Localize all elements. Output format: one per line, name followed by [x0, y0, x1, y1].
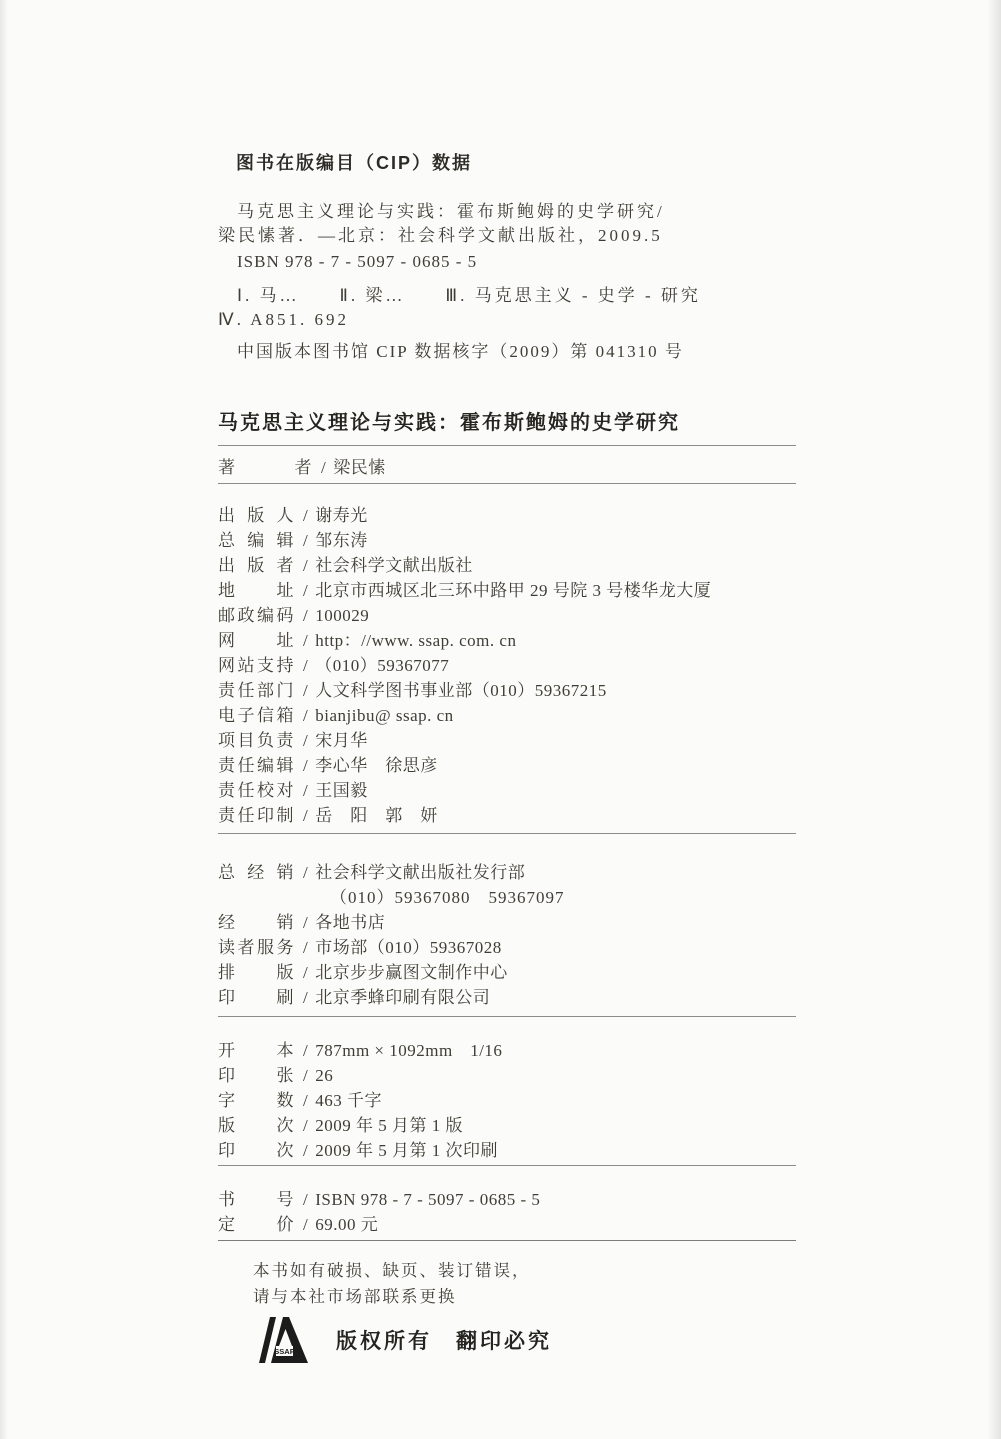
row-separator: / [303, 963, 308, 982]
row-value: 北京步步赢图文制作中心 [315, 963, 508, 982]
row-separator: / [303, 1091, 308, 1110]
isbn-price-section: 书号/ISBN 978 - 7 - 5097 - 0685 - 5 定价/69.… [218, 1187, 796, 1241]
row-label: 定价 [218, 1212, 294, 1237]
row-separator: / [303, 1116, 308, 1135]
row-separator: / [303, 1141, 308, 1160]
ssap-logo-text: SSAP [274, 1347, 294, 1356]
row-value: （010）59367077 [315, 656, 449, 675]
copyright-row: SSAP 版权所有 翻印必究 [258, 1317, 796, 1363]
row-label: 地址 [218, 578, 294, 603]
cip-record-number: 中国版本图书馆 CIP 数据核字（2009）第 041310 号 [218, 340, 796, 364]
damage-notice-line2: 请与本社市场部联系更换 [253, 1284, 796, 1310]
row-value: 100029 [315, 606, 369, 625]
copyright-page: 图书在版编目（CIP）数据 马克思主义理论与实践：霍布斯鲍姆的史学研究/ 梁民愫… [0, 0, 1001, 1439]
row-value: 26 [315, 1066, 333, 1085]
row-separator: / [303, 863, 308, 882]
row-label: 项目负责 [218, 728, 294, 753]
author-block: 著者/梁民愫 [218, 455, 796, 484]
row-value: 人文科学图书事业部（010）59367215 [315, 681, 607, 700]
info-row-editor: 责任编辑/李心华 徐思彦 [218, 753, 796, 778]
row-value: 787mm × 1092mm 1/16 [315, 1041, 502, 1060]
author-value: 梁民愫 [333, 458, 386, 477]
row-value: 李心华 徐思彦 [315, 756, 438, 775]
row-label: 电子信箱 [218, 703, 294, 728]
info-row-edition: 版次/2009 年 5 月第 1 版 [218, 1113, 796, 1138]
info-row-project-lead: 项目负责/宋月华 [218, 728, 796, 753]
row-label: 责任印制 [218, 803, 294, 828]
copyright-notice: 版权所有 翻印必究 [336, 1325, 552, 1355]
row-label: 责任编辑 [218, 753, 294, 778]
row-label: 印次 [218, 1138, 294, 1163]
row-separator: / [303, 938, 308, 957]
row-value: 463 千字 [315, 1091, 382, 1110]
row-label: 出版者 [218, 553, 294, 578]
cip-description-line2: 梁民愫著．—北京：社会科学文献出版社，2009.5 [218, 224, 796, 248]
row-value: 宋月华 [315, 731, 368, 750]
info-row-printing: 印刷/北京季蜂印刷有限公司 [218, 985, 796, 1010]
info-row-sheet-size: 开本/787mm × 1092mm 1/16 [218, 1038, 796, 1063]
row-separator: / [303, 706, 308, 725]
row-separator: / [303, 1041, 308, 1060]
info-row-proofreader: 责任校对/王国毅 [218, 778, 796, 803]
row-value: 岳 阳 郭 妍 [315, 806, 438, 825]
row-value: 69.00 元 [315, 1215, 378, 1234]
info-row-website: 网址/http：//www. ssap. com. cn [218, 628, 796, 653]
title-block: 马克思主义理论与实践：霍布斯鲍姆的史学研究 [218, 408, 796, 446]
row-separator: / [303, 1066, 308, 1085]
row-separator: / [303, 581, 308, 600]
cip-classification: Ⅰ. 马… Ⅱ. 梁… Ⅲ. 马克思主义 - 史学 - 研究 [218, 284, 796, 308]
row-label: 出版人 [218, 503, 294, 528]
info-row-retail: 经销/各地书店 [218, 910, 796, 935]
row-label: 开本 [218, 1038, 294, 1063]
row-label: 总编辑 [218, 528, 294, 553]
row-label: 总经销 [218, 860, 294, 885]
info-row-impression: 印次/2009 年 5 月第 1 次印刷 [218, 1138, 796, 1163]
distributor-phones: （010）59367080 59367097 [330, 885, 796, 910]
publication-section: 出版人/谢寿光 总编辑/邹东涛 出版者/社会科学文献出版社 地址/北京市西城区北… [218, 503, 796, 834]
row-separator: / [303, 756, 308, 775]
row-separator: / [303, 656, 308, 675]
book-title: 马克思主义理论与实践：霍布斯鲍姆的史学研究 [218, 408, 796, 438]
info-row-printed-sheets: 印张/26 [218, 1063, 796, 1088]
row-value: 谢寿光 [315, 506, 368, 525]
author-label: 著者 [218, 455, 312, 480]
info-row-email: 电子信箱/bianjibu@ ssap. cn [218, 703, 796, 728]
row-value: 各地书店 [315, 913, 385, 932]
cip-isbn: ISBN 978 - 7 - 5097 - 0685 - 5 [218, 250, 796, 274]
info-row-department: 责任部门/人文科学图书事业部（010）59367215 [218, 678, 796, 703]
row-separator: / [321, 458, 326, 477]
row-label: 印张 [218, 1063, 294, 1088]
cip-class-number: Ⅳ. A851. 692 [218, 308, 796, 332]
cip-description-line1: 马克思主义理论与实践：霍布斯鲍姆的史学研究/ [218, 200, 796, 224]
ssap-logo-icon: SSAP [258, 1317, 310, 1363]
row-separator: / [303, 1190, 308, 1209]
row-separator: / [303, 506, 308, 525]
row-label: 印刷 [218, 985, 294, 1010]
row-separator: / [303, 806, 308, 825]
row-label: 责任部门 [218, 678, 294, 703]
row-value: 市场部（010）59367028 [315, 938, 502, 957]
info-row-reader-service: 读者服务/市场部（010）59367028 [218, 935, 796, 960]
row-separator: / [303, 988, 308, 1007]
row-separator: / [303, 781, 308, 800]
info-row-word-count: 字数/463 千字 [218, 1088, 796, 1113]
row-separator: / [303, 631, 308, 650]
info-row-chief-editor: 总编辑/邹东涛 [218, 528, 796, 553]
row-value: bianjibu@ ssap. cn [315, 706, 453, 725]
row-value: http：//www. ssap. com. cn [315, 631, 516, 650]
row-label: 书号 [218, 1187, 294, 1212]
row-value: ISBN 978 - 7 - 5097 - 0685 - 5 [315, 1190, 540, 1209]
info-row-address: 地址/北京市西城区北三环中路甲 29 号院 3 号楼华龙大厦 [218, 578, 796, 603]
row-value: 2009 年 5 月第 1 版 [315, 1116, 463, 1135]
damage-notice: 本书如有破损、缺页、装订错误， 请与本社市场部联系更换 [253, 1258, 796, 1310]
info-row-price: 定价/69.00 元 [218, 1212, 796, 1237]
info-row-typesetting: 排版/北京步步赢图文制作中心 [218, 960, 796, 985]
damage-notice-line1: 本书如有破损、缺页、装订错误， [253, 1258, 796, 1284]
row-separator: / [303, 606, 308, 625]
row-separator: / [303, 681, 308, 700]
row-separator: / [303, 1215, 308, 1234]
row-label: 读者服务 [218, 935, 294, 960]
row-value: 王国毅 [315, 781, 368, 800]
info-row-web-support: 网站支持/（010）59367077 [218, 653, 796, 678]
row-value: 邹东涛 [315, 531, 368, 550]
row-value: 北京市西城区北三环中路甲 29 号院 3 号楼华龙大厦 [315, 581, 711, 600]
row-label: 网址 [218, 628, 294, 653]
info-row-publisher-person: 出版人/谢寿光 [218, 503, 796, 528]
row-value: 社会科学文献出版社 [315, 556, 473, 575]
row-label: 字数 [218, 1088, 294, 1113]
row-label: 邮政编码 [218, 603, 294, 628]
row-value: 2009 年 5 月第 1 次印刷 [315, 1141, 498, 1160]
row-separator: / [303, 556, 308, 575]
row-separator: / [303, 731, 308, 750]
row-label: 网站支持 [218, 653, 294, 678]
row-label: 版次 [218, 1113, 294, 1138]
scan-left-edge [0, 0, 8, 1439]
info-row-print-supervisor: 责任印制/岳 阳 郭 妍 [218, 803, 796, 828]
row-separator: / [303, 913, 308, 932]
page-content: 图书在版编目（CIP）数据 马克思主义理论与实践：霍布斯鲍姆的史学研究/ 梁民愫… [218, 152, 796, 1363]
info-row-postcode: 邮政编码/100029 [218, 603, 796, 628]
info-row-isbn: 书号/ISBN 978 - 7 - 5097 - 0685 - 5 [218, 1187, 796, 1212]
format-section: 开本/787mm × 1092mm 1/16 印张/26 字数/463 千字 版… [218, 1038, 796, 1166]
info-row-publisher: 出版者/社会科学文献出版社 [218, 553, 796, 578]
scan-right-edge [987, 0, 1001, 1439]
row-label: 排版 [218, 960, 294, 985]
row-value: 社会科学文献出版社发行部 [315, 863, 525, 882]
row-value: 北京季蜂印刷有限公司 [315, 988, 490, 1007]
cip-block: 图书在版编目（CIP）数据 马克思主义理论与实践：霍布斯鲍姆的史学研究/ 梁民愫… [218, 152, 796, 364]
row-label: 经销 [218, 910, 294, 935]
info-row-general-distributor: 总经销/社会科学文献出版社发行部 [218, 860, 796, 885]
row-label: 责任校对 [218, 778, 294, 803]
cip-heading: 图书在版编目（CIP）数据 [236, 152, 796, 174]
distribution-section: 总经销/社会科学文献出版社发行部 （010）59367080 59367097 … [218, 860, 796, 1017]
author-row: 著者/梁民愫 [218, 455, 796, 480]
row-separator: / [303, 531, 308, 550]
